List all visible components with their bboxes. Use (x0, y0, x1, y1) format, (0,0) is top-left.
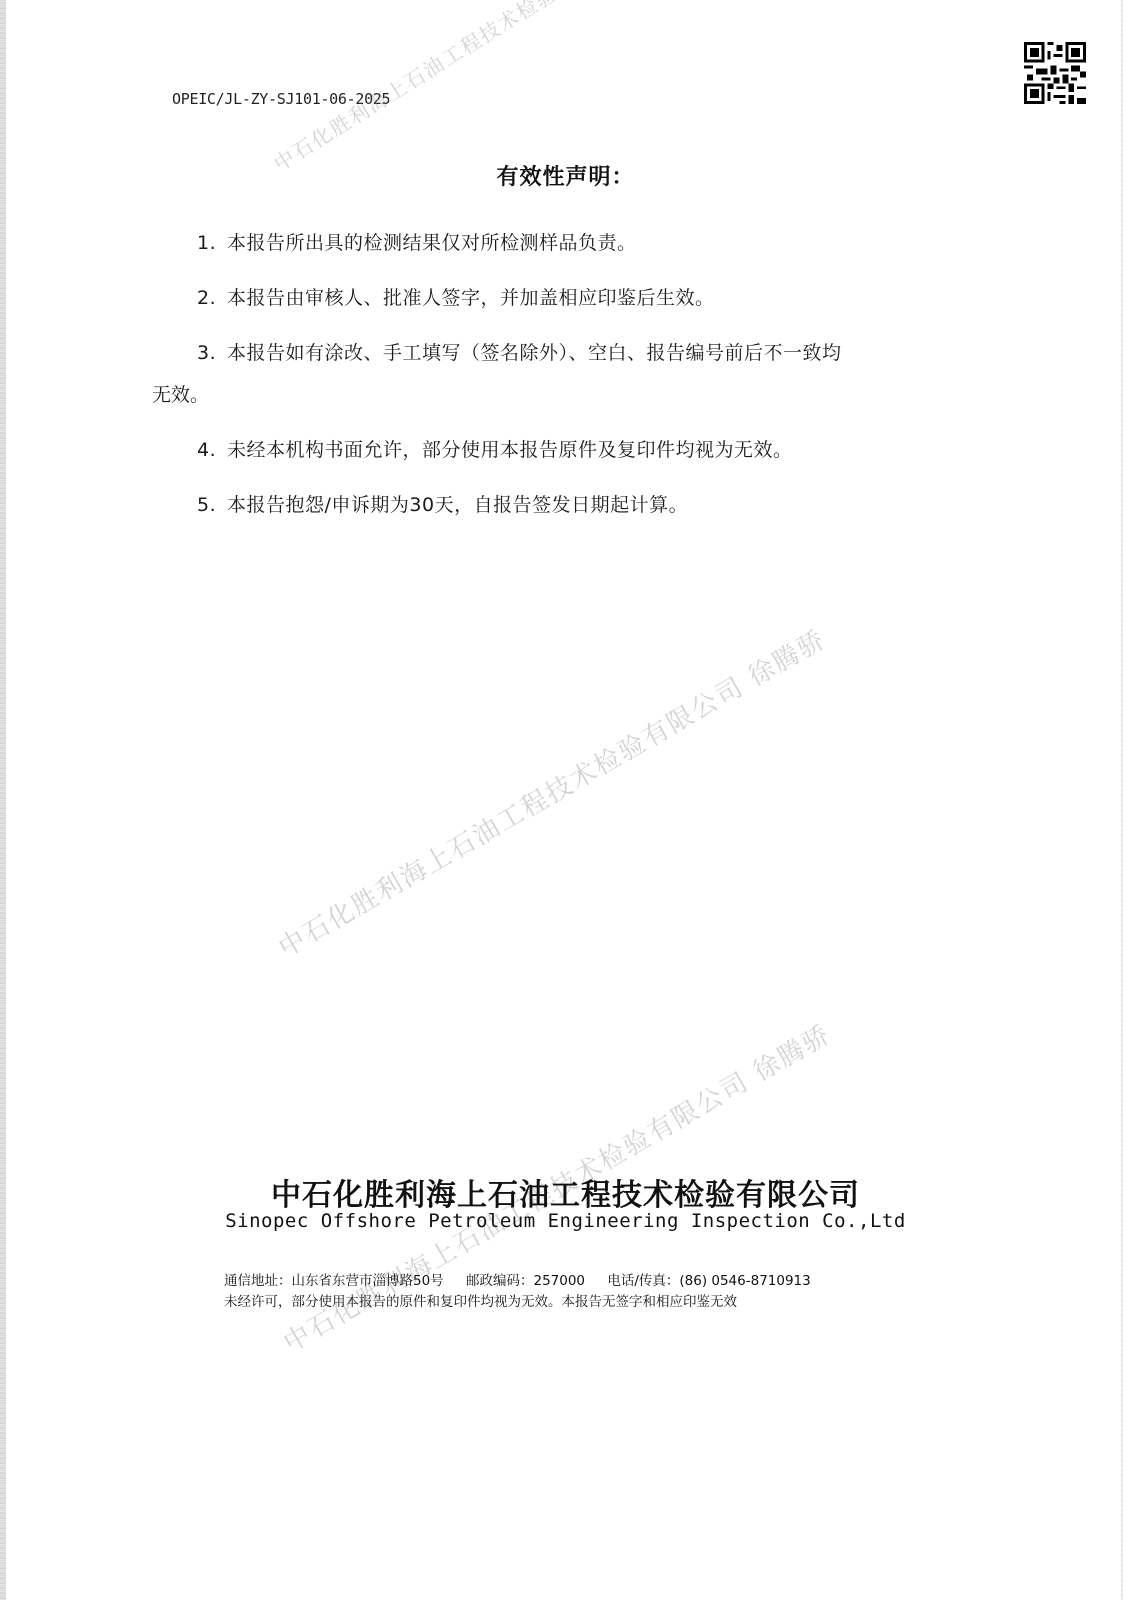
scan-edge-left (0, 0, 6, 1600)
clause-3-continuation: 无效。 (152, 380, 209, 407)
clause-text: 本报告抱怨/申诉期为30天，自报告签发日期起计算。 (227, 494, 688, 516)
scan-edge-right (1121, 0, 1123, 1600)
clause-number: 3. (197, 342, 227, 364)
page-title: 有效性声明： (0, 160, 1131, 191)
watermark-top: 中石化胜利海上石油工程技术检验有限公司 徐腾骄 (267, 0, 700, 177)
watermark-middle: 中石化胜利海上石油工程技术检验有限公司 徐腾骄 (271, 619, 832, 964)
contact-info: 通信地址：山东省东营市淄博路50号 邮政编码：257000 电话/传真：(86)… (224, 1269, 829, 1289)
footer-notice: 未经许可，部分使用本报告的原件和复印件均视为无效。本报告无签字和相应印鉴无效 (224, 1290, 737, 1310)
qr-code-icon (1024, 42, 1086, 104)
clause-3: 3.本报告如有涂改、手工填写（签名除外）、空白、报告编号前后不一致均 (197, 338, 842, 365)
company-name-en: Sinopec Offshore Petroleum Engineering I… (0, 1210, 1131, 1232)
clause-number: 5. (197, 494, 227, 516)
address: 通信地址：山东省东营市淄博路50号 (224, 1273, 444, 1289)
clause-5: 5.本报告抱怨/申诉期为30天，自报告签发日期起计算。 (197, 490, 688, 517)
clause-number: 4. (197, 439, 227, 461)
clause-number: 1. (197, 232, 227, 254)
clause-4: 4.未经本机构书面允许，部分使用本报告原件及复印件均视为无效。 (197, 435, 793, 462)
company-name-cn: 中石化胜利海上石油工程技术检验有限公司 (0, 1170, 1131, 1214)
clause-text: 本报告如有涂改、手工填写（签名除外）、空白、报告编号前后不一致均 (227, 342, 842, 364)
clause-text: 本报告所出具的检测结果仅对所检测样品负责。 (227, 232, 637, 254)
clause-2: 2.本报告由审核人、批准人签字，并加盖相应印鉴后生效。 (197, 283, 715, 310)
postcode: 邮政编码：257000 (466, 1273, 585, 1289)
clause-text: 未经本机构书面允许，部分使用本报告原件及复印件均视为无效。 (227, 439, 793, 461)
clause-1: 1.本报告所出具的检测结果仅对所检测样品负责。 (197, 228, 637, 255)
phone-fax: 电话/传真：(86) 0546-8710913 (607, 1273, 810, 1289)
clause-text: 本报告由审核人、批准人签字，并加盖相应印鉴后生效。 (227, 287, 715, 309)
clause-number: 2. (197, 287, 227, 309)
